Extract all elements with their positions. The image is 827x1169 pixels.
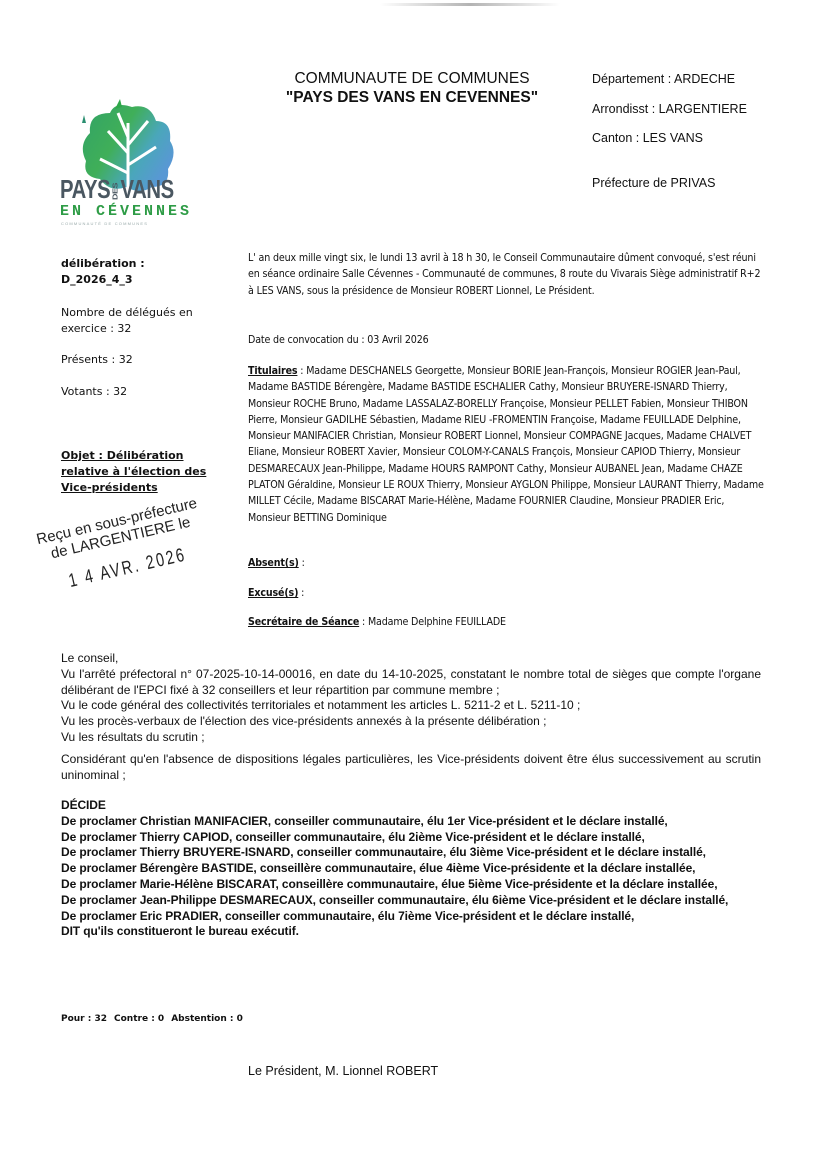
excuses: Excusé(s) : <box>248 585 768 601</box>
decisions: DÉCIDE De proclamer Christian MANIFACIER… <box>61 798 761 940</box>
logo-pays: PAYS <box>60 174 110 204</box>
logo-subtitle: EN CÉVENNES <box>60 203 192 220</box>
decide-title: DÉCIDE <box>61 798 761 814</box>
decision-item: De proclamer Eric PRADIER, conseiller co… <box>61 909 761 925</box>
header-title-line2: "PAYS DES VANS EN CEVENNES" <box>262 89 562 107</box>
excuses-value: : <box>298 587 304 599</box>
deliberation-label: délibération : <box>61 257 145 270</box>
visa-item: Vu le code général des collectivités ter… <box>61 698 761 714</box>
votes-contre: Contre : 0 <box>114 1014 164 1024</box>
titulaires-label: Titulaires <box>248 365 297 377</box>
president-signature: Le Président, M. Lionnel ROBERT <box>248 1064 438 1078</box>
departement: Département : ARDECHE <box>592 72 735 86</box>
titulaires: Titulaires : Madame DESCHANELS Georgette… <box>248 363 768 526</box>
excuses-label: Excusé(s) <box>248 587 298 599</box>
decision-item: DIT qu'ils constitueront le bureau exécu… <box>61 924 761 940</box>
votes-abstention: Abstention : 0 <box>171 1014 243 1024</box>
absents-label: Absent(s) <box>248 557 299 569</box>
secretaire-value: : Madame Delphine FEUILLADE <box>359 616 506 628</box>
decision-item: De proclamer Christian MANIFACIER, conse… <box>61 814 761 830</box>
titulaires-list: : Madame DESCHANELS Georgette, Monsieur … <box>248 365 764 524</box>
deliberation-id: D_2026_4_3 <box>61 273 133 286</box>
reception-stamp: Reçu en sous-préfecture de LARGENTIERE l… <box>22 492 227 622</box>
votes-pour: Pour : 32 <box>61 1014 107 1024</box>
scan-artifact <box>380 3 560 6</box>
deliberation-number: délibération : D_2026_4_3 <box>61 256 231 288</box>
logo-des: DES <box>112 183 119 200</box>
logo-wordmark: PAYSDESVANS <box>60 174 174 205</box>
decision-item: De proclamer Marie-Hélène BISCARAT, cons… <box>61 877 761 893</box>
votants-count: Votants : 32 <box>61 384 231 400</box>
document-header: COMMUNAUTE DE COMMUNES "PAYS DES VANS EN… <box>262 70 562 107</box>
header-title-line1: COMMUNAUTE DE COMMUNES <box>262 70 562 88</box>
visas: Le conseil, Vu l'arrêté préfectoral n° 0… <box>61 651 761 746</box>
delegues-count: Nombre de délégués en exercice : 32 <box>61 305 231 337</box>
arrondissement: Arrondisst : LARGENTIERE <box>592 102 747 116</box>
absents: Absent(s) : <box>248 555 768 571</box>
objet: Objet : Délibération relative à l'électi… <box>61 448 231 496</box>
decision-item: De proclamer Jean-Philippe DESMARECAUX, … <box>61 893 761 909</box>
logo-vans: VANS <box>120 174 173 204</box>
convocation-date: Date de convocation du : 03 Avril 2026 <box>248 332 768 348</box>
vote-results: Pour : 32Contre : 0Abstention : 0 <box>61 1014 250 1024</box>
seance-intro: L' an deux mille vingt six, le lundi 13 … <box>248 250 768 299</box>
canton: Canton : LES VANS <box>592 131 703 145</box>
prefecture: Préfecture de PRIVAS <box>592 176 715 190</box>
visa-item: Vu les résultats du scrutin ; <box>61 730 761 746</box>
visa-item: Vu les procès-verbaux de l'élection des … <box>61 714 761 730</box>
considerant: Considérant qu'en l'absence de dispositi… <box>61 752 761 784</box>
visa-item: Le conseil, <box>61 651 761 667</box>
logo-tagline: COMMUNAUTÉ DE COMMUNES <box>61 221 148 226</box>
visa-item: Vu l'arrêté préfectoral n° 07-2025-10-14… <box>61 667 761 699</box>
decision-item: De proclamer Thierry CAPIOD, conseiller … <box>61 830 761 846</box>
secretaire: Secrétaire de Séance : Madame Delphine F… <box>248 614 768 630</box>
absents-value: : <box>299 557 305 569</box>
presents-count: Présents : 32 <box>61 352 231 368</box>
secretaire-label: Secrétaire de Séance <box>248 616 359 628</box>
decision-item: De proclamer Thierry BRUYERE-ISNARD, con… <box>61 845 761 861</box>
decision-item: De proclamer Bérengère BASTIDE, conseill… <box>61 861 761 877</box>
